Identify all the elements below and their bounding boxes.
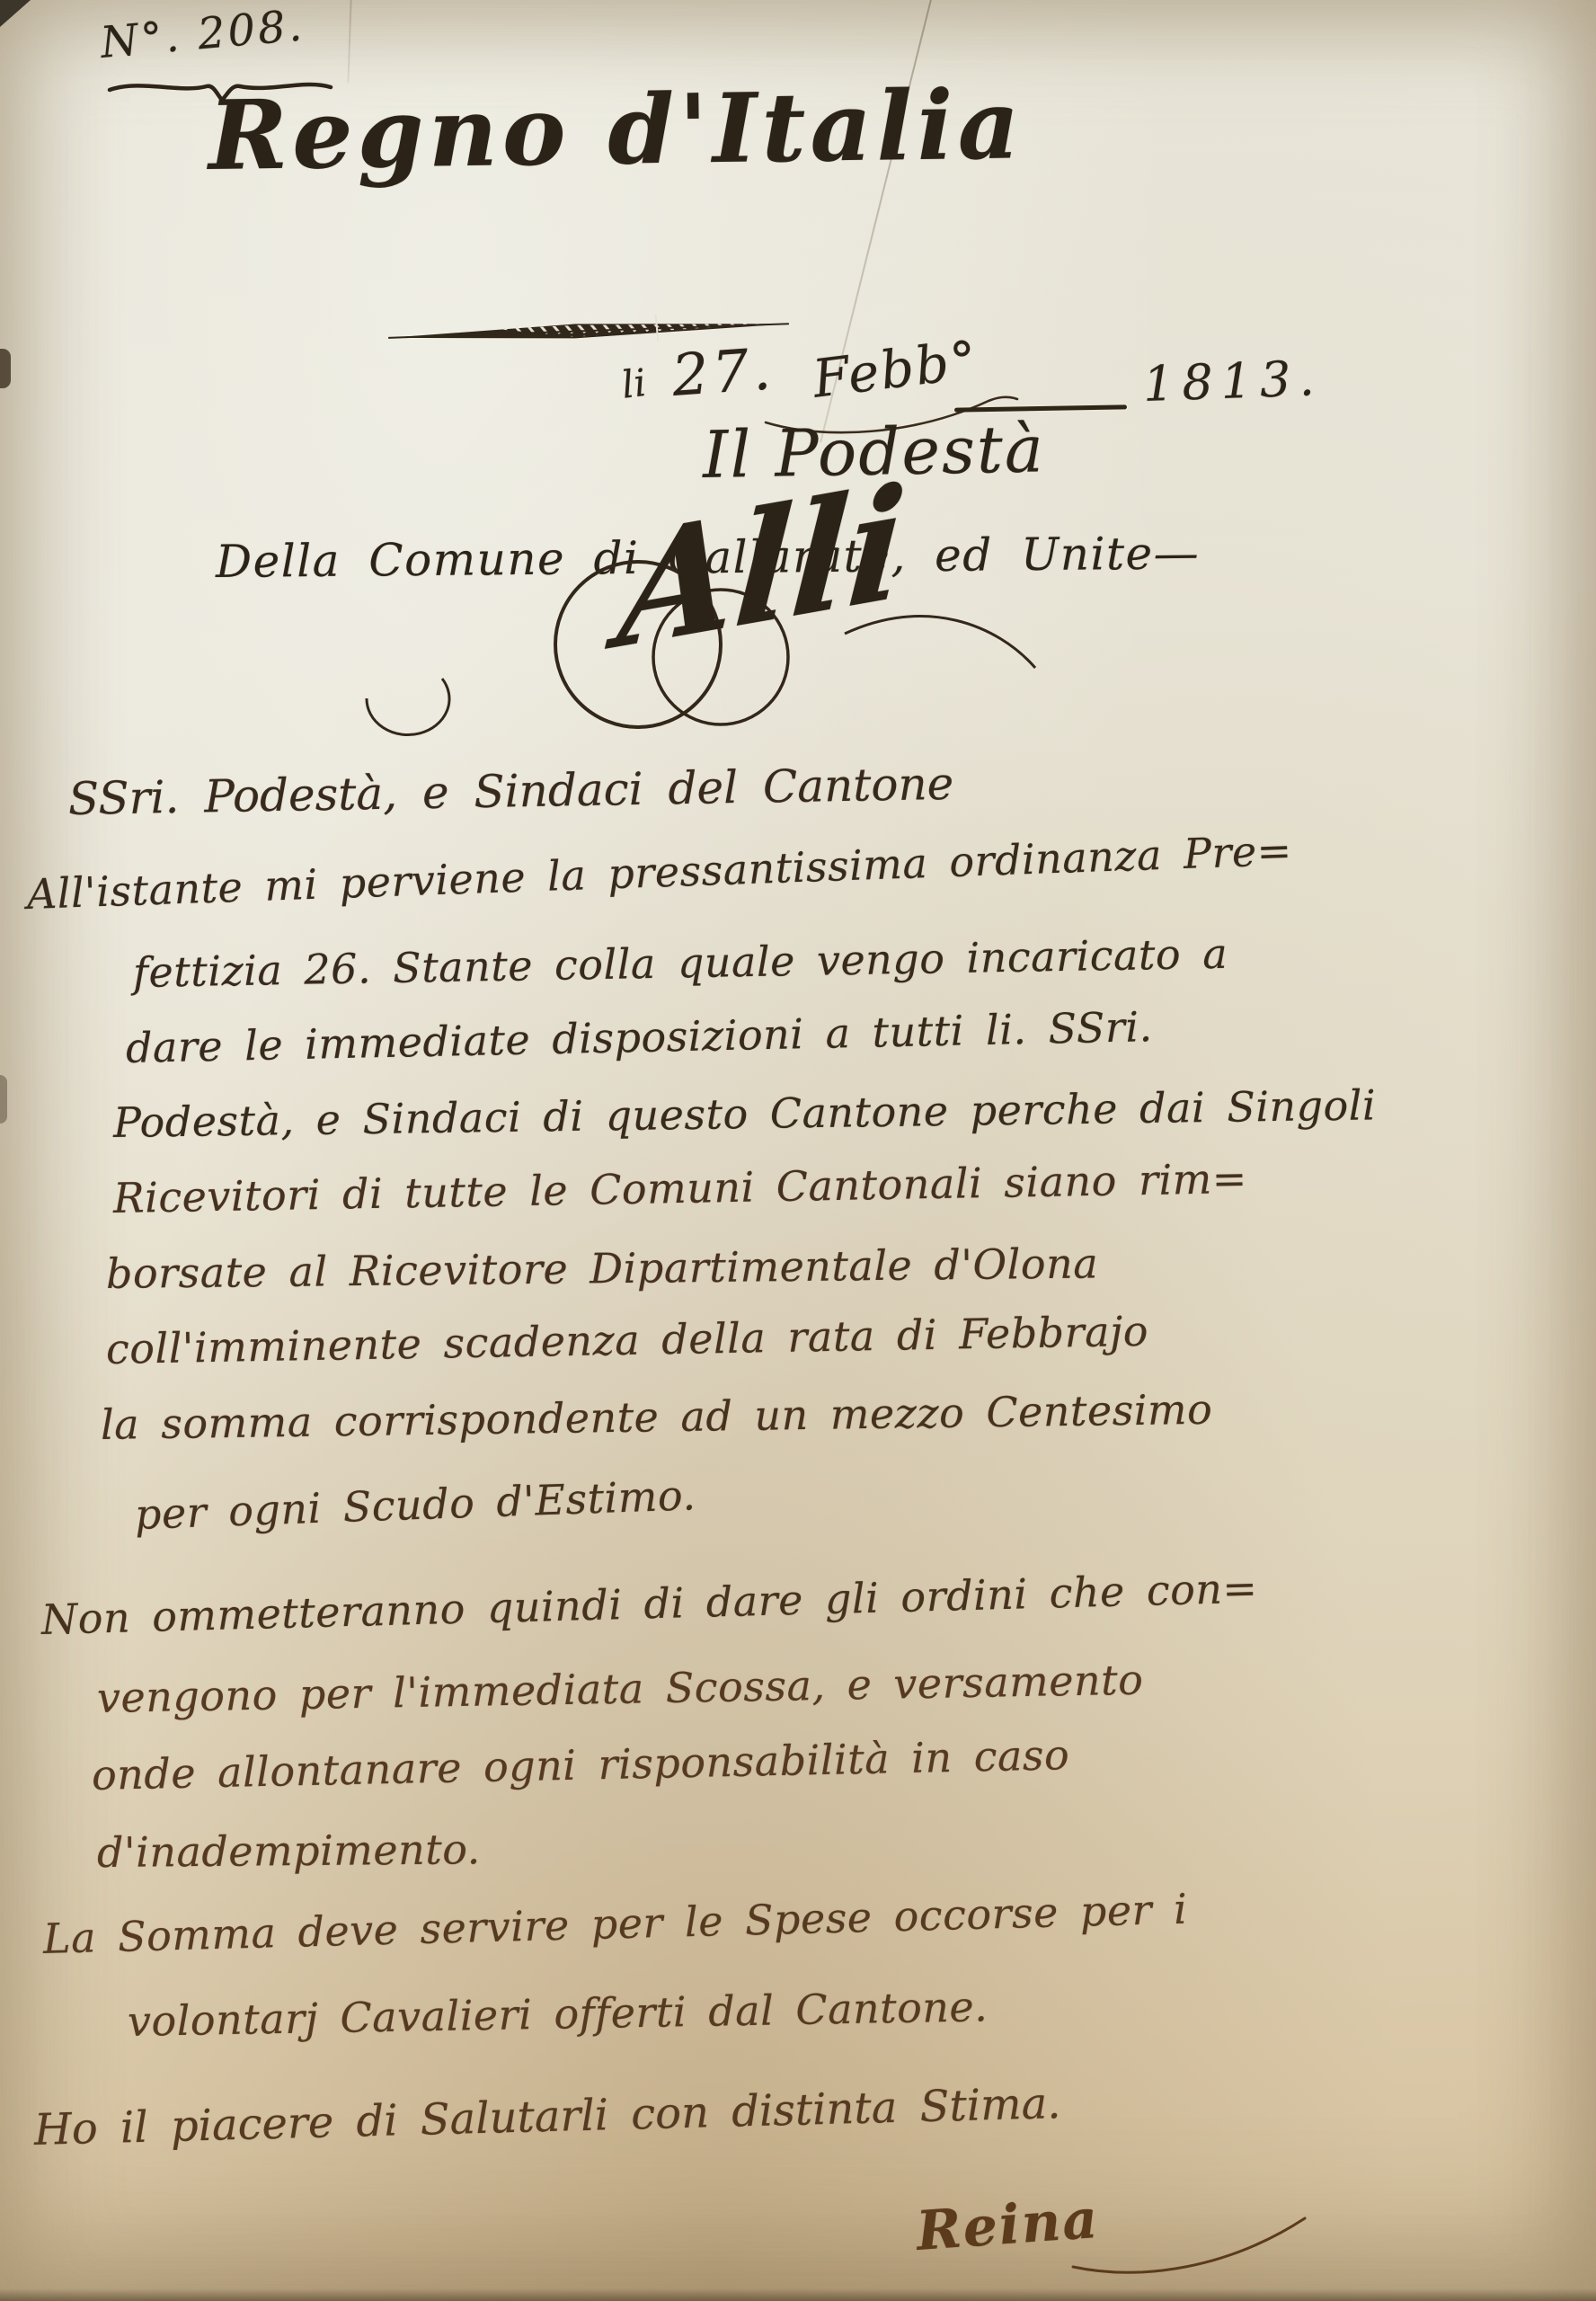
letter-page: N°. 208. Regno d'Italia li 27. Febb° 181… — [0, 0, 1596, 2301]
date-day: 27. — [669, 336, 776, 410]
body-line: onde allontanare ogni risponsabilità in … — [91, 1730, 1069, 1799]
body-line: La Somma deve servire per le Spese occor… — [42, 1885, 1188, 1963]
bottom-edge-shadow — [0, 2288, 1596, 2301]
body-line: dare le immediate disposizioni a tutti l… — [125, 1002, 1153, 1072]
left-edge-ink-mark — [0, 349, 11, 388]
body-line: borsate al Ricevitore Dipartimentale d'O… — [106, 1239, 1099, 1298]
doc-number: N°. 208. — [99, 0, 306, 68]
body-line: volontarj Cavalieri offerti dal Cantone. — [128, 1982, 989, 2046]
date-year: 1813. — [1142, 350, 1324, 413]
body-line: Non ommetteranno quindi di dare gli ordi… — [40, 1564, 1258, 1644]
body-line: vengono per l'immediata Scossa, e versam… — [97, 1656, 1144, 1722]
page-title: Regno d'Italia — [208, 67, 1024, 191]
body-line: d'inadempimento. — [97, 1825, 481, 1877]
left-edge-ink-mark — [0, 1075, 7, 1124]
body-line: Ricevitori di tutte le Comuni Cantonali … — [113, 1154, 1248, 1222]
signature-swash — [1069, 2213, 1312, 2278]
body-line: la somma corrispondente ad un mezzo Cent… — [101, 1385, 1213, 1449]
body-line: coll'imminente scadenza della rata di Fe… — [106, 1307, 1149, 1373]
top-crease-line — [347, 0, 351, 83]
body-line: Podestà, e Sindaci di questo Cantone per… — [113, 1080, 1377, 1147]
salutation-line: SSri. Podestà, e Sindaci del Cantone — [67, 758, 953, 825]
body-line: per ogni Scudo d'Estimo. — [134, 1470, 696, 1539]
body-line: fettizia 26. Stante colla quale vengo in… — [133, 929, 1228, 997]
body-line: All'istante mi perviene la pressantissim… — [26, 826, 1292, 919]
torn-corner-mark — [0, 0, 31, 27]
closing-line: Ho il piacere di Salutarli con distinta … — [33, 2078, 1061, 2155]
date-li: li — [619, 360, 649, 407]
